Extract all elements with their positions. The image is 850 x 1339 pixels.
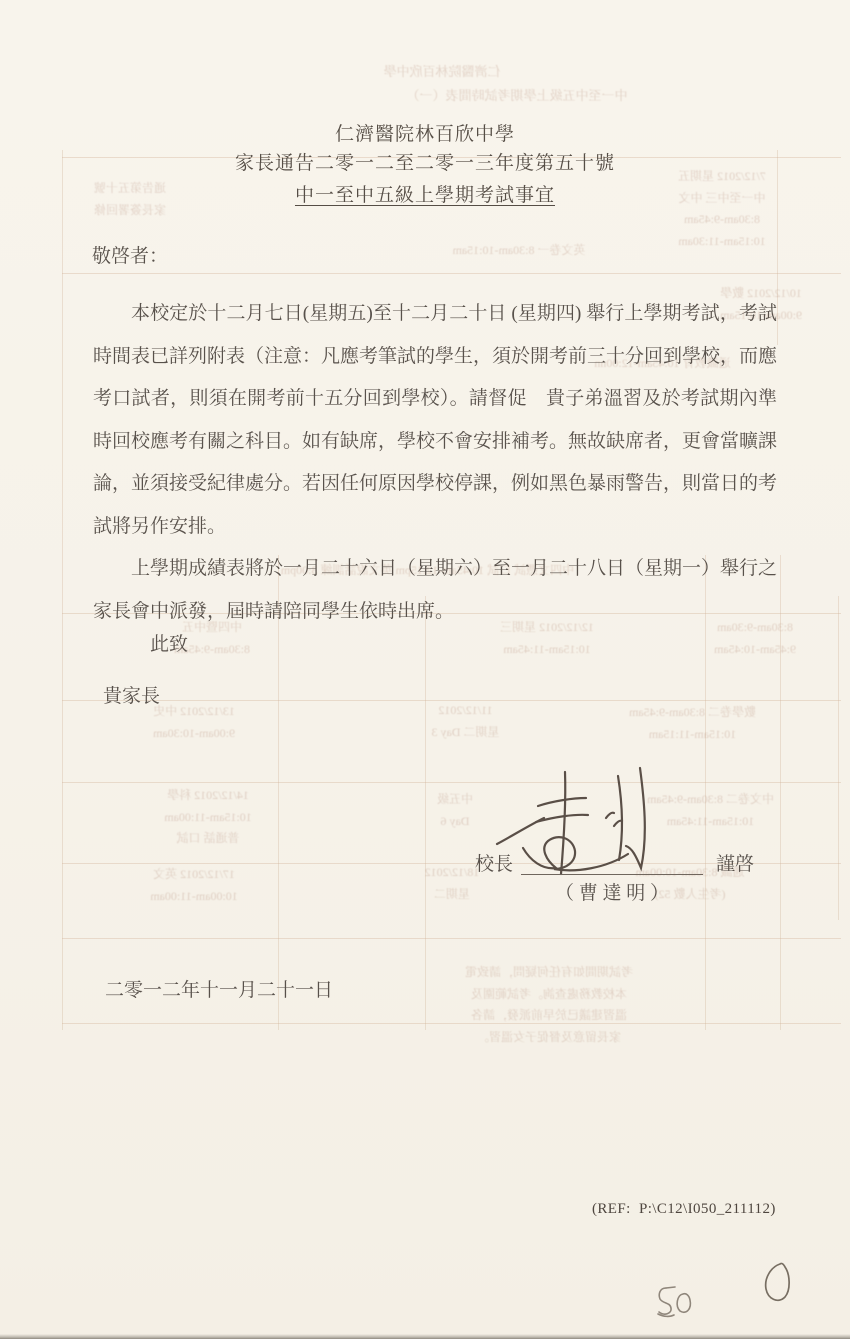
- signature-respectfully: 謹啓: [716, 853, 754, 876]
- file-reference: (REF: P:\C12\I050_211112): [592, 1201, 776, 1218]
- scanned-letter-page: 仁濟醫院林百欣中學中一至中五級上學期考試時間表（一）通告第五十號家長簽署回條7/…: [0, 0, 850, 1339]
- signature-underline: [521, 874, 703, 875]
- addressee: 貴家長: [103, 685, 160, 708]
- notice-number: 家長通告二零一二至二零一三年度第五十號: [0, 152, 850, 175]
- valediction: 此致: [150, 633, 188, 656]
- notice-subject: 中一至中五級上學期考試事宜: [0, 184, 850, 207]
- paragraph-report-cards: 上學期成績表將於一月二十六日（星期六）至一月二十八日（星期一）舉行之家長會中派發…: [93, 548, 777, 633]
- pencil-mark-50: [652, 1280, 702, 1320]
- scan-bottom-edge: [0, 1334, 850, 1339]
- pencil-mark-oval: [756, 1258, 796, 1308]
- school-name: 仁濟醫院林百欣中學: [0, 123, 850, 146]
- letter-body: 本校定於十二月七日(星期五)至十二月二十日 (星期四) 舉行上學期考試，考試時間…: [93, 293, 777, 633]
- salutation: 敬啓者：: [92, 246, 168, 268]
- signature-role-label: 校長: [475, 853, 513, 876]
- paragraph-exam-arrangements: 本校定於十二月七日(星期五)至十二月二十日 (星期四) 舉行上學期考試，考試時間…: [93, 293, 777, 548]
- letter-content: 仁濟醫院林百欣中學 家長通告二零一二至二零一三年度第五十號 中一至中五級上學期考…: [0, 0, 850, 1339]
- signer-name: （ 曹 達 明 ）: [521, 882, 703, 905]
- letter-date: 二零一二年十一月二十一日: [105, 979, 333, 1002]
